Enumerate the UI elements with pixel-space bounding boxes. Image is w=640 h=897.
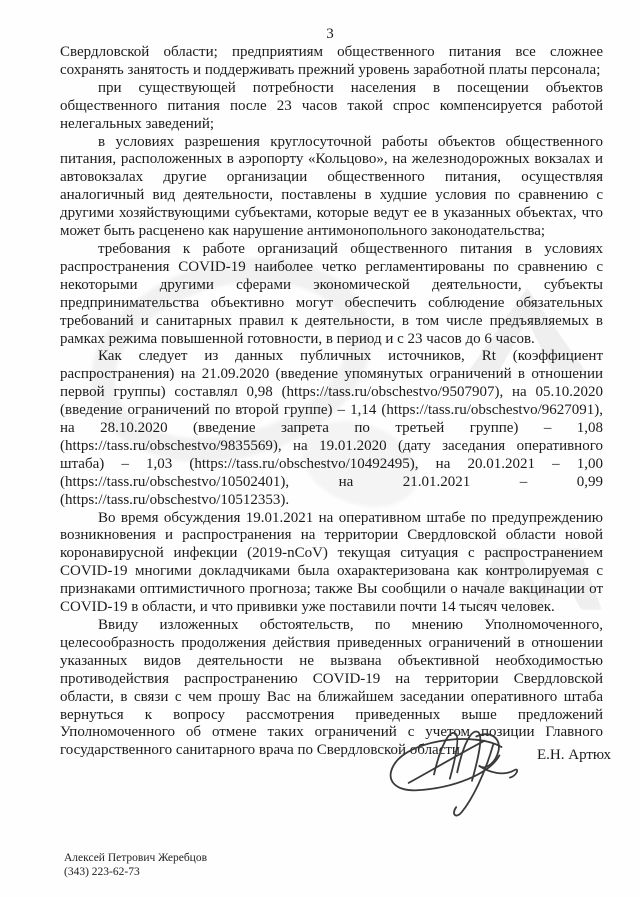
footer-contact: Алексей Петрович Жеребцов (343) 223-62-7… bbox=[64, 851, 207, 879]
document-page: 3 Свердловской области; предприятиям общ… bbox=[0, 0, 640, 897]
body-paragraph: Свердловской области; предприятиям общес… bbox=[60, 44, 603, 80]
body-paragraph: в условиях разрешения круглосуточной раб… bbox=[60, 134, 603, 241]
contact-name: Алексей Петрович Жеребцов bbox=[64, 851, 207, 865]
body-paragraph: требования к работе организаций обществе… bbox=[60, 241, 603, 348]
body-paragraph: Как следует из данных публичных источник… bbox=[60, 348, 603, 509]
letter-body: Свердловской области; предприятиям общес… bbox=[60, 44, 603, 760]
body-paragraph: Во время обсуждения 19.01.2021 на операт… bbox=[60, 510, 603, 617]
signatory-name: Е.Н. Артюх bbox=[537, 747, 611, 764]
page-number: 3 bbox=[0, 26, 640, 43]
contact-phone: (343) 223-62-73 bbox=[64, 865, 207, 879]
signature-image bbox=[378, 728, 528, 823]
body-paragraph: при существующей потребности населения в… bbox=[60, 80, 603, 134]
